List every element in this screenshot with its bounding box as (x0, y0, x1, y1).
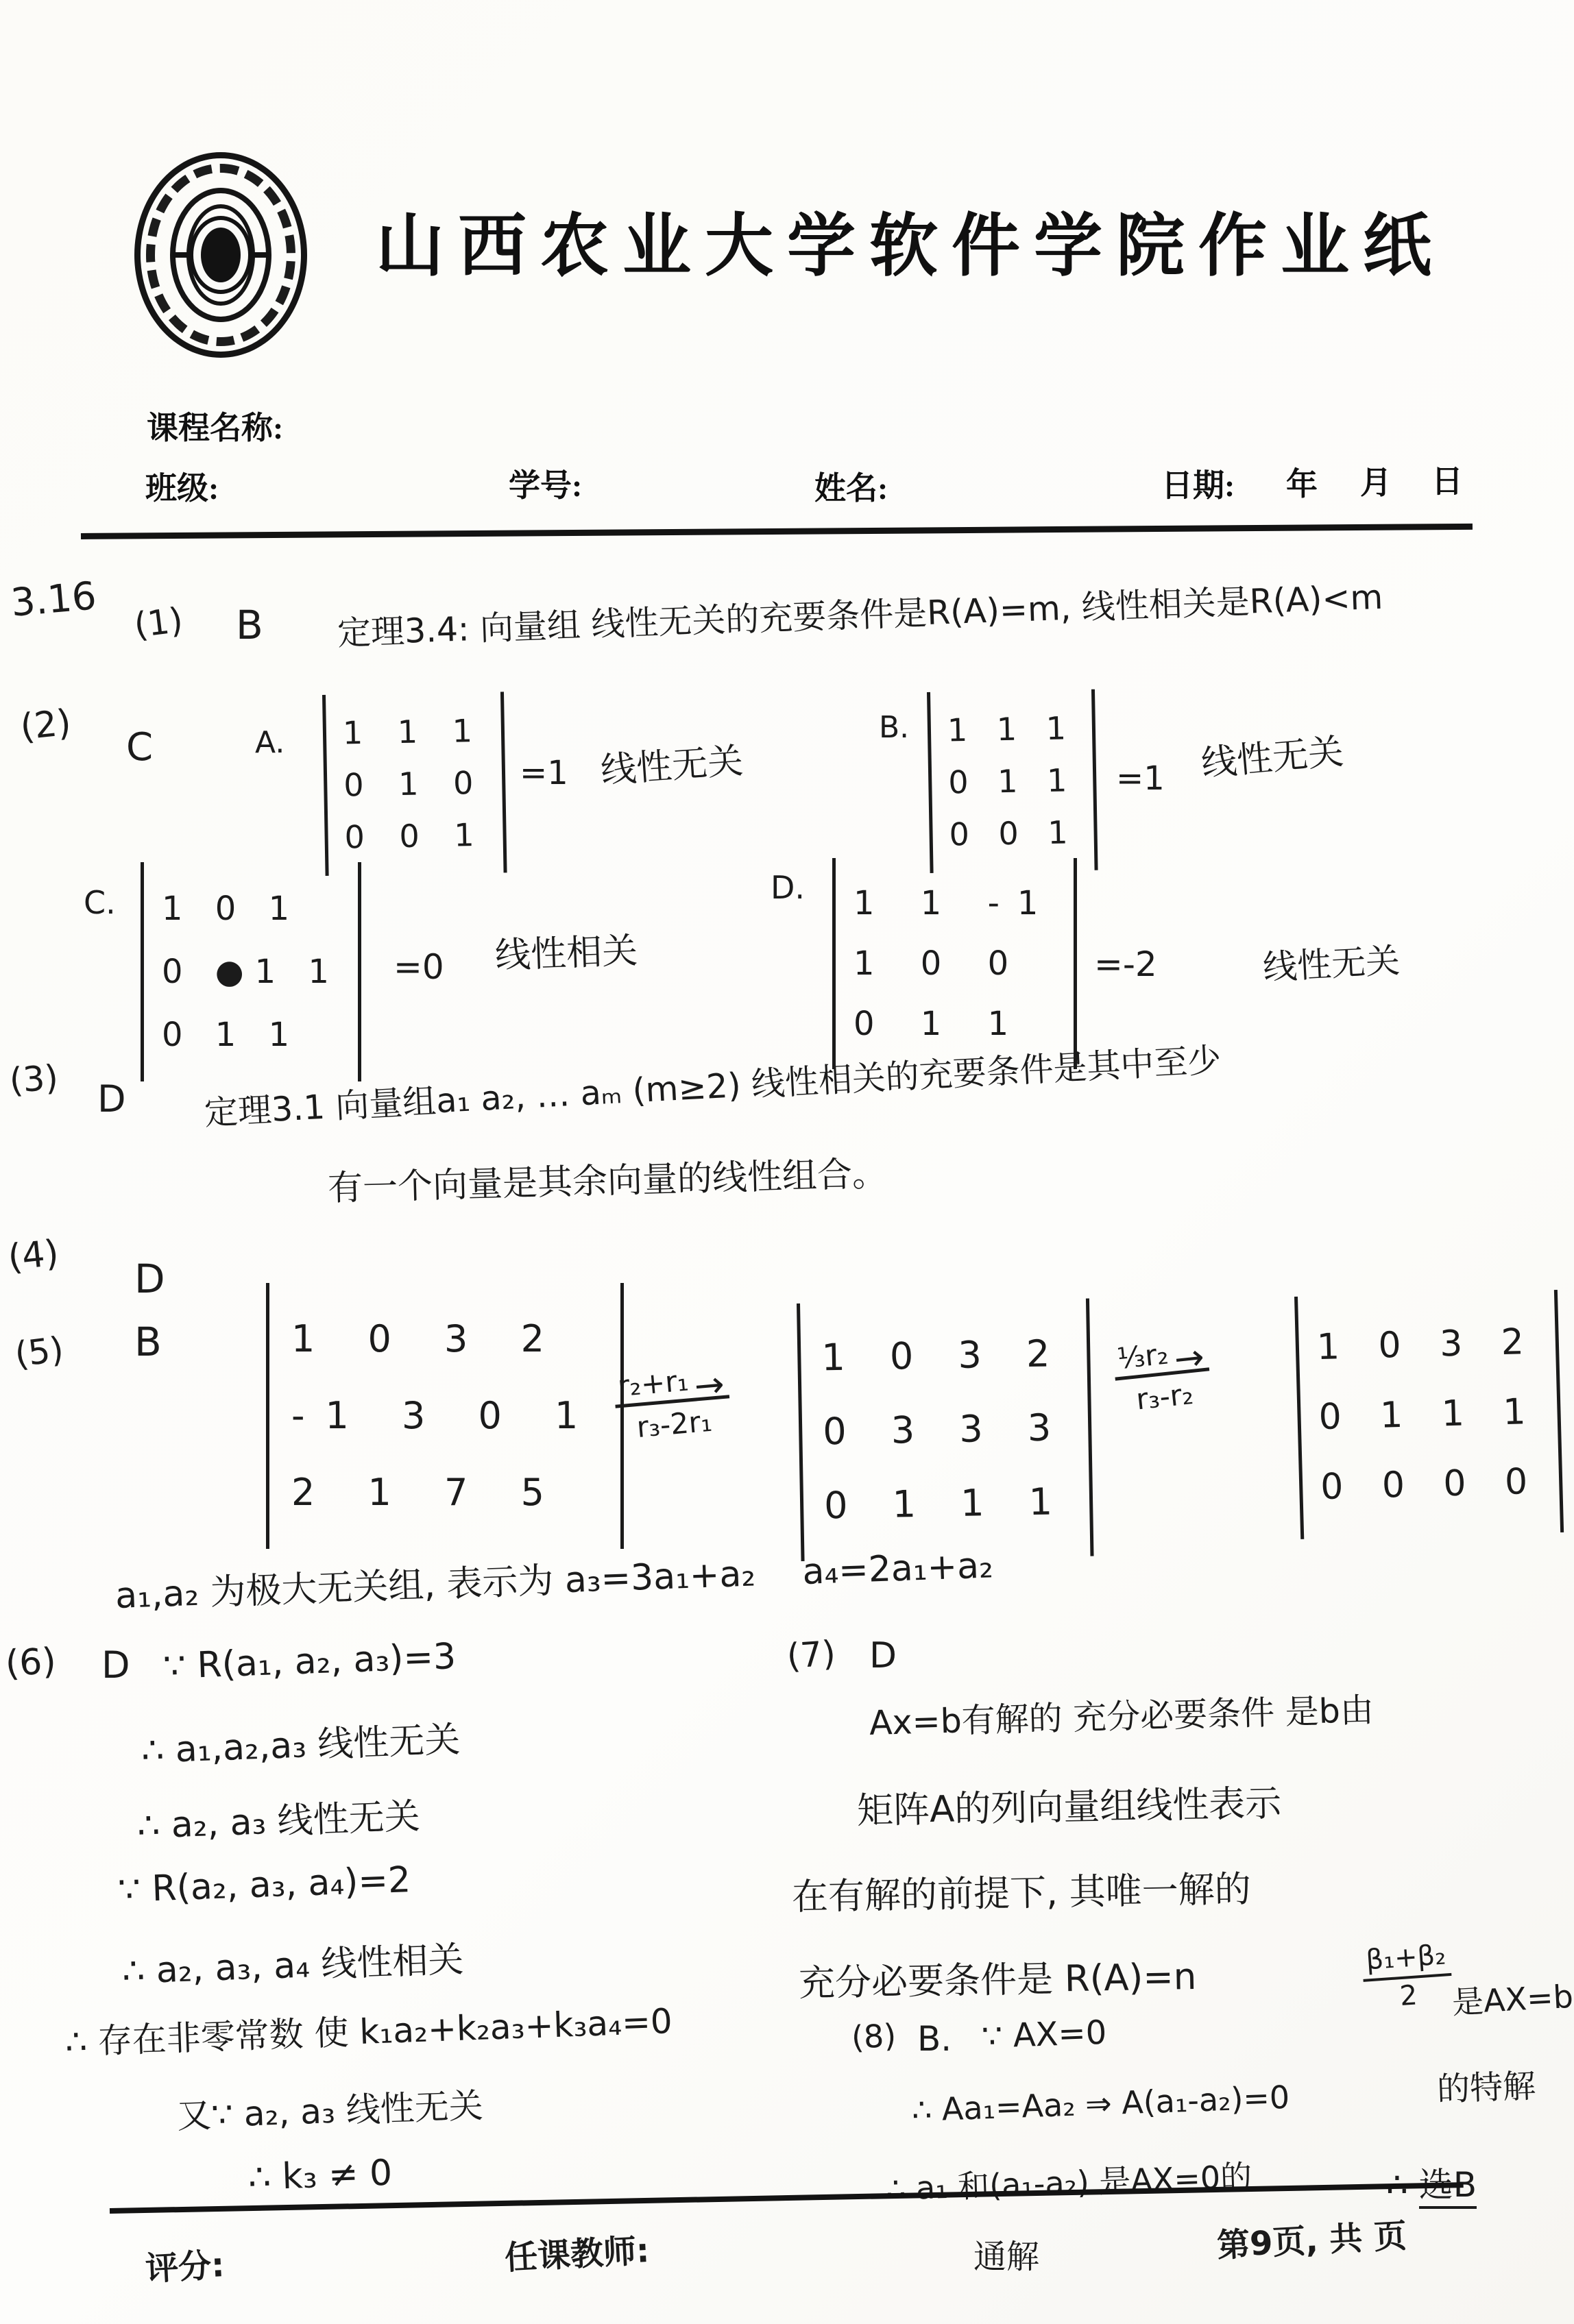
q1-note: 定理3.4: 向量组 线性无关的充要条件是R(A)=m, 线性相关是R(A)<m (337, 571, 1383, 655)
q7-answer: D (869, 1635, 897, 1676)
q6-line: ∵ R(a₂, a₃, a₄)=2 (117, 1859, 411, 1911)
exercise-number: 3.16 (9, 574, 98, 626)
matrix-row: 0 3 3 3 (822, 1391, 1068, 1469)
det-row: 0 1 1 (948, 754, 1077, 808)
date-month-label: 月 (1360, 458, 1392, 503)
q5-rowop2: ⅓r₂ → r₃-r₂ (1111, 1325, 1213, 1419)
q2-optB-result: =1 (1116, 759, 1165, 798)
det-row: 0 ●1 1 (162, 940, 340, 1003)
university-logo (134, 152, 307, 358)
fraction-denominator: 2 (1399, 1978, 1418, 2012)
q7-line: 矩阵A的列向量组线性表示 (856, 1774, 1281, 1834)
q1-item: (1) (132, 600, 184, 646)
q6-line: 又∵ a₂, a₃ 线性无关 (176, 2078, 484, 2138)
q6-answer: D (101, 1643, 130, 1687)
q4-item: (4) (6, 1232, 61, 1278)
q5-matrix2: 1 0 3 2 0 3 3 3 0 1 1 1 (797, 1299, 1093, 1561)
header-divider (81, 524, 1473, 539)
q5-answer: B (134, 1319, 162, 1365)
q2-optC-label: C. (84, 884, 116, 921)
q4-answer: D (134, 1256, 165, 1302)
q7-line: Ax=b有解的 充分必要条件 是b由 (869, 1684, 1375, 1745)
det-row: 1 0 1 (162, 877, 340, 940)
q8-line: ∴ a₁ 和(a₁-a₂) 是AX=0的 (885, 2151, 1252, 2210)
fraction-numerator: β₁+β₂ (1361, 1939, 1451, 1982)
arrow-right-icon: → (692, 1364, 726, 1408)
det-row: 0 0 1 (344, 809, 487, 864)
page-title: 山西农业大学软件学院作业纸 (376, 191, 1445, 289)
rowop1-top: r₂+r₁ (616, 1363, 690, 1403)
q6-line: ∴ a₂, a₃, a₄ 线性相关 (121, 1931, 465, 1994)
q8-line: ∴ Aa₁=Aa₂ ⇒ A(a₁-a₂)=0 (911, 2079, 1290, 2129)
matrix-row: 2 1 7 5 (291, 1454, 598, 1531)
q2-optD-verdict: 线性无关 (1261, 933, 1401, 990)
det-row: 0 1 1 (162, 1003, 340, 1066)
matrix-row: 1 0 3 2 (291, 1301, 598, 1378)
q2-optC-determinant: 1 0 1 0 ●1 1 0 1 1 (141, 862, 361, 1081)
q6-line: ∴ k₃ ≠ 0 (247, 2153, 393, 2199)
q5-rowop1: r₂+r₁ → r₃-2r₁ (612, 1352, 733, 1445)
matrix-row: 0 1 1 1 (823, 1465, 1069, 1543)
det-row: 1 0 0 (853, 933, 1056, 994)
q8-line: 通解 (973, 2230, 1039, 2277)
matrix-row: -1 3 0 1 (291, 1378, 598, 1454)
q2-optD-result: =-2 (1094, 944, 1157, 984)
q3-item: (3) (8, 1057, 60, 1101)
logo-right-tick (248, 252, 269, 258)
q8-margin-text2: 的特解 (1436, 2059, 1536, 2110)
q6-line: ∴ 存在非零常数 使 k₁a₂+k₂a₃+k₃a₄=0 (64, 1994, 673, 2064)
q2-optD-determinant: 1 1 -1 1 0 0 0 1 1 (832, 858, 1077, 1069)
q2-optB-verdict: 线性无关 (1199, 722, 1346, 786)
det-row: 0 0 1 (949, 806, 1078, 860)
q2-optB-determinant: 1 1 1 0 1 1 0 0 1 (927, 689, 1098, 873)
det-row: 0 1 0 (343, 757, 486, 811)
q2-optB-label: B. (879, 710, 909, 745)
q8-item: (8) (851, 2017, 897, 2056)
q2-optD-label: D. (771, 869, 805, 906)
det-row: 1 1 -1 (853, 873, 1056, 933)
date-label: 日期: (1161, 461, 1235, 506)
q6-line: ∴ a₂, a₃ 线性无关 (136, 1787, 421, 1848)
q2-optA-label: A. (255, 725, 284, 760)
q6-line: ∵ R(a₁, a₂, a₃)=3 (162, 1636, 457, 1687)
matrix-row: 1 0 3 2 (821, 1317, 1067, 1395)
q5-matrix3: 1 0 3 2 0 1 1 1 0 0 0 0 (1294, 1290, 1564, 1539)
q8-answer: B. (917, 2019, 952, 2059)
det-row: 1 1 1 (342, 705, 485, 759)
date-year-label: 年 (1286, 459, 1318, 504)
q3-note-line2: 有一个向量是其余向量的线性组合。 (327, 1145, 888, 1210)
matrix-row: 0 0 0 0 (1320, 1447, 1542, 1522)
arrow-right-icon: → (1172, 1336, 1207, 1380)
q8-margin-text: 是AX=b (1451, 1972, 1574, 2023)
name-label: 姓名: (814, 463, 888, 509)
q7-line: 在有解的前提下, 其唯一解的 (791, 1860, 1251, 1920)
q5-item: (5) (12, 1330, 65, 1375)
teacher-label: 任课教师: (503, 2224, 651, 2279)
q2-answer: C (126, 725, 153, 770)
q6-item: (6) (4, 1641, 57, 1685)
student-id-label: 学号: (509, 461, 582, 506)
course-name-label: 课程名称: (147, 403, 283, 448)
q5-matrix1: 1 0 3 2 -1 3 0 1 2 1 7 5 (266, 1283, 624, 1549)
score-label: 评分: (144, 2238, 226, 2290)
q2-optC-result: =0 (393, 947, 444, 987)
q8-margin-fraction: β₁+β₂ 2 (1361, 1939, 1453, 2015)
class-label: 班级: (145, 463, 219, 509)
q2-optA-determinant: 1 1 1 0 1 0 0 0 1 (322, 692, 507, 876)
q2-optA-verdict: 线性无关 (598, 732, 744, 793)
logo-eye-core (201, 228, 241, 282)
logo-left-tick (173, 252, 193, 258)
homework-page: 山西农业大学软件学院作业纸 课程名称: 班级: 学号: 姓名: 日期: 年 月 … (0, 0, 1574, 2324)
date-day-label: 日 (1431, 456, 1463, 502)
q2-optC-verdict: 线性相关 (494, 922, 639, 978)
q8-line: ∵ AX=0 (981, 2014, 1107, 2056)
q7-item: (7) (786, 1633, 837, 1676)
q1-answer: B (236, 602, 263, 648)
matrix-row: 1 0 3 2 (1316, 1307, 1538, 1382)
rowop2-top: ⅓r₂ (1115, 1336, 1170, 1375)
q7-line: 充分必要条件是 R(A)=n (798, 1948, 1197, 2007)
page-number: 第9页, 共 页 (1215, 2210, 1407, 2266)
q2-item: (2) (19, 702, 73, 748)
matrix-row: 0 1 1 1 (1318, 1377, 1540, 1452)
det-row: 1 1 1 (947, 702, 1076, 756)
q6-line: ∴ a₁,a₂,a₃ 线性无关 (141, 1711, 461, 1773)
q3-answer: D (97, 1077, 126, 1121)
q2-optA-result: =1 (520, 754, 568, 792)
